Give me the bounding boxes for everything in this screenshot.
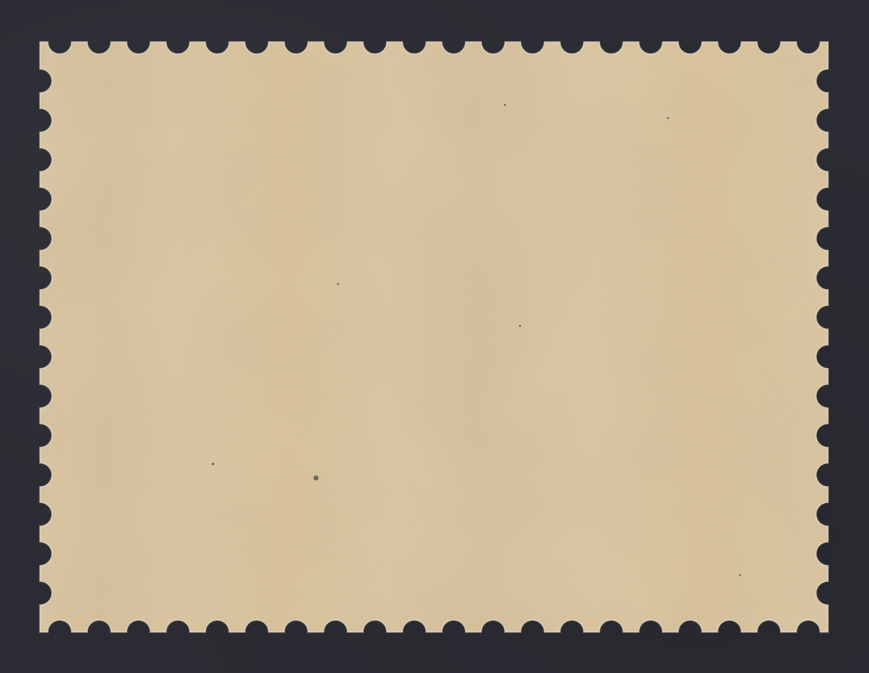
- photo-scene: [0, 0, 869, 673]
- paper-speck: [212, 463, 214, 465]
- paper-speck: [314, 476, 319, 481]
- paper-speck: [504, 104, 506, 106]
- paper-speck: [739, 574, 741, 576]
- stamp-back: [0, 0, 869, 673]
- paper-speck: [667, 117, 669, 119]
- stamp-paper: [0, 0, 869, 673]
- paper-speck: [337, 283, 339, 285]
- paper-speck: [519, 325, 521, 327]
- paper-bands: [0, 0, 869, 673]
